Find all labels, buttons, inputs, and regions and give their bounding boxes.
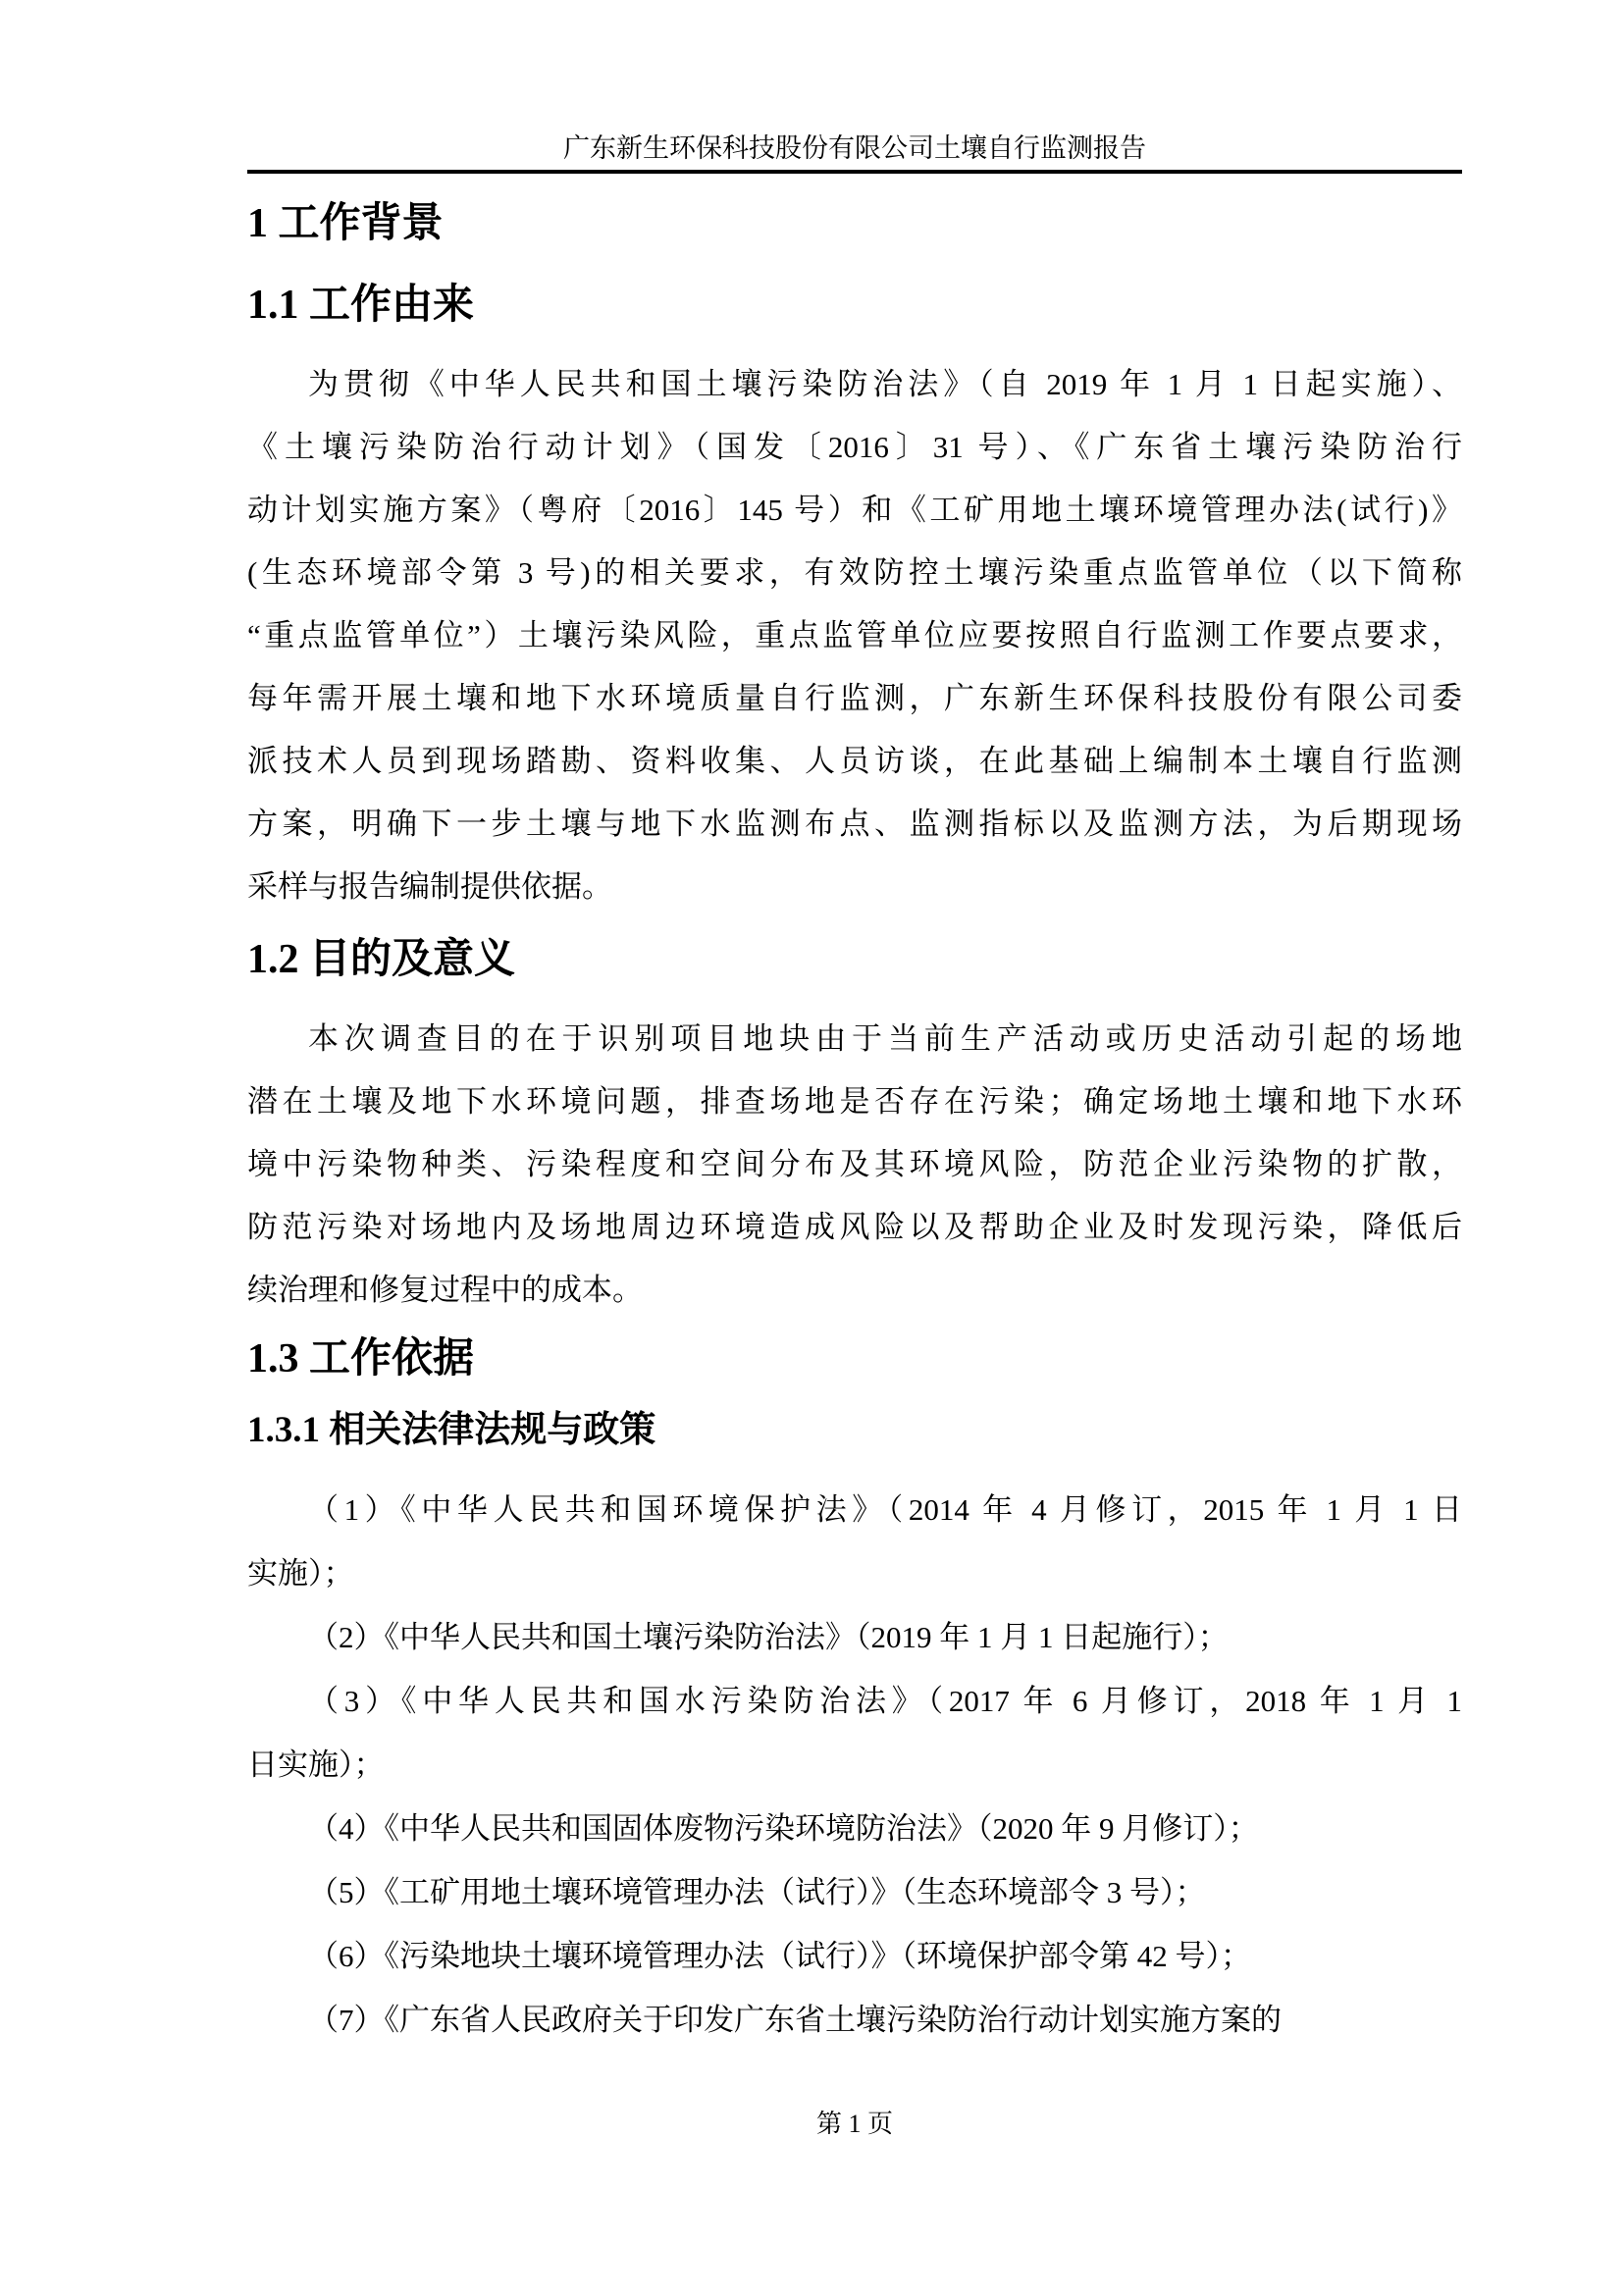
text-line: （7）《广东省人民政府关于印发广东省土壤污染防治行动计划实施方案的: [247, 1988, 1462, 2052]
page-number: 第 1 页: [816, 2110, 893, 2138]
text-line: 每年需开展土壤和地下水环境质量自行监测，广东新生环保科技股份有限公司委: [247, 667, 1462, 730]
section-1-3-heading: 1.3 工作依据: [247, 1334, 1462, 1383]
list-item: （5）《工矿用地土壤环境管理办法（试行）》（生态环境部令 3 号）；: [247, 1860, 1462, 1924]
text-line: 日实施）；: [247, 1733, 1462, 1797]
text-line: 动计划实施方案》（粤府〔2016〕145 号）和《工矿用地土壤环境管理办法(试行…: [247, 479, 1462, 542]
document-page: 广东新生环保科技股份有限公司土壤自行监测报告 1 工作背景 1.1 工作由来 为…: [0, 0, 1624, 2295]
list-item: （1）《中华人民共和国环境保护法》（2014 年 4 月修订，2015 年 1 …: [247, 1478, 1462, 1605]
paragraph-1-2: 本次调查目的在于识别项目地块由于当前生产活动或历史活动引起的场地潜在土壤及地下水…: [247, 1008, 1462, 1322]
text-line: （3）《中华人民共和国水污染防治法》（2017 年 6 月修订，2018 年 1…: [247, 1669, 1462, 1733]
list-item: （4）《中华人民共和国固体废物污染环境防治法》（2020 年 9 月修订）；: [247, 1797, 1462, 1860]
section-1-1-heading: 1.1 工作由来: [247, 281, 1462, 330]
page-header: 广东新生环保科技股份有限公司土壤自行监测报告: [247, 131, 1462, 174]
list-item: （2）《中华人民共和国土壤污染防治法》（2019 年 1 月 1 日起施行）；: [247, 1605, 1462, 1669]
text-line: 防范污染对场地内及场地周边环境造成风险以及帮助企业及时发现污染，降低后: [247, 1196, 1462, 1259]
text-line: (生态环境部令第 3 号)的相关要求，有效防控土壤污染重点监管单位（以下简称: [247, 542, 1462, 604]
text-line: 《土壤污染防治行动计划》（国发〔2016〕31 号）、《广东省土壤污染防治行: [247, 416, 1462, 479]
text-line: （1）《中华人民共和国环境保护法》（2014 年 4 月修订，2015 年 1 …: [247, 1478, 1462, 1541]
page-header-title: 广东新生环保科技股份有限公司土壤自行监测报告: [563, 133, 1146, 163]
section-1-2-heading: 1.2 目的及意义: [247, 935, 1462, 984]
text-line: 采样与报告编制提供依据。: [247, 856, 1462, 918]
section-1-3-1-heading: 1.3.1 相关法律法规与政策: [247, 1408, 1462, 1453]
text-line: （4）《中华人民共和国固体废物污染环境防治法》（2020 年 9 月修订）；: [247, 1797, 1462, 1860]
list-item: （3）《中华人民共和国水污染防治法》（2017 年 6 月修订，2018 年 1…: [247, 1669, 1462, 1797]
text-line: “重点监管单位”）土壤污染风险，重点监管单位应要按照自行监测工作要点要求，: [247, 604, 1462, 667]
text-line: 实施）；: [247, 1541, 1462, 1605]
text-line: 为贯彻《中华人民共和国土壤污染防治法》（自 2019 年 1 月 1 日起实施）…: [247, 353, 1462, 416]
text-line: （5）《工矿用地土壤环境管理办法（试行）》（生态环境部令 3 号）；: [247, 1860, 1462, 1924]
list-item: （6）《污染地块土壤环境管理办法（试行）》（环境保护部令第 42 号）；: [247, 1924, 1462, 1988]
legal-reference-list: （1）《中华人民共和国环境保护法》（2014 年 4 月修订，2015 年 1 …: [247, 1478, 1462, 2052]
page-footer: 第 1 页: [247, 2110, 1462, 2139]
text-line: 境中污染物种类、污染程度和空间分布及其环境风险，防范企业污染物的扩散，: [247, 1133, 1462, 1196]
text-line: （2）《中华人民共和国土壤污染防治法》（2019 年 1 月 1 日起施行）；: [247, 1605, 1462, 1669]
text-line: （6）《污染地块土壤环境管理办法（试行）》（环境保护部令第 42 号）；: [247, 1924, 1462, 1988]
chapter-heading: 1 工作背景: [247, 199, 1462, 248]
text-line: 潜在土壤及地下水环境问题，排查场地是否存在污染；确定场地土壤和地下水环: [247, 1070, 1462, 1133]
text-line: 派技术人员到现场踏勘、资料收集、人员访谈，在此基础上编制本土壤自行监测: [247, 730, 1462, 793]
text-line: 方案，明确下一步土壤与地下水监测布点、监测指标以及监测方法，为后期现场: [247, 793, 1462, 856]
list-item: （7）《广东省人民政府关于印发广东省土壤污染防治行动计划实施方案的: [247, 1988, 1462, 2052]
text-line: 续治理和修复过程中的成本。: [247, 1259, 1462, 1322]
paragraph-1-1: 为贯彻《中华人民共和国土壤污染防治法》（自 2019 年 1 月 1 日起实施）…: [247, 353, 1462, 918]
text-line: 本次调查目的在于识别项目地块由于当前生产活动或历史活动引起的场地: [247, 1008, 1462, 1070]
